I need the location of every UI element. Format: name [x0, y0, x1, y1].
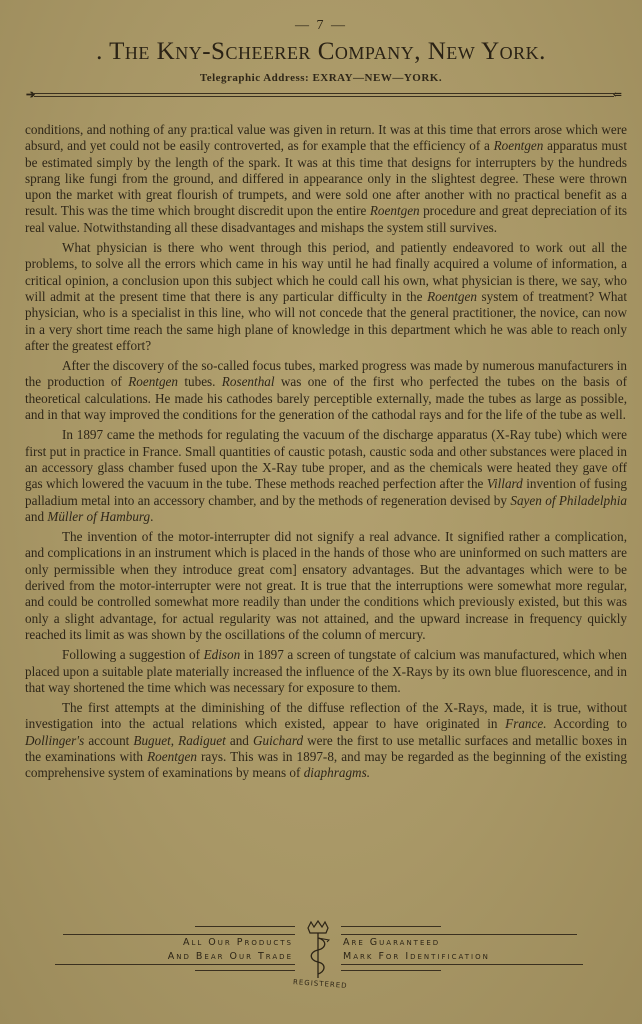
- footer-right-line2: Mark For Identification: [343, 951, 490, 962]
- text-run: account: [84, 733, 133, 748]
- page-number: — 7 —: [0, 18, 642, 34]
- text-run: and: [226, 733, 253, 748]
- paragraph: What physician is there who went through…: [25, 240, 627, 354]
- italic-name: Dollinger's: [25, 733, 84, 748]
- telegraphic-address: Telegraphic Address: EXRAY—NEW—YORK.: [0, 72, 642, 84]
- rule-line-bottom: [34, 96, 614, 97]
- italic-name: Villard: [487, 476, 523, 491]
- italic-name: diaphragms.: [304, 765, 370, 780]
- footer-rule: [341, 926, 441, 927]
- italic-name: Roentgen: [370, 203, 420, 218]
- footer-trademark-banner: All Our Products And Bear Our Trade Are …: [55, 922, 585, 1002]
- footer-rule: [341, 964, 583, 965]
- paragraph: In 1897 came the methods for regulating …: [25, 427, 627, 525]
- rule-end-right-icon: ⇐: [613, 88, 622, 101]
- paragraph: Following a suggestion of Edison in 1897…: [25, 647, 627, 696]
- paragraph: After the discovery of the so-called foc…: [25, 358, 627, 423]
- text-run: Following a suggestion of: [62, 647, 204, 662]
- footer-rule: [341, 970, 441, 971]
- italic-name: Müller of Hamburg: [47, 509, 150, 524]
- paragraph: conditions, and nothing of any pra:tical…: [25, 122, 627, 236]
- registered-mark: REGISTERED: [293, 978, 348, 990]
- italic-name: Roentgen: [128, 374, 178, 389]
- text-run: According to: [547, 716, 627, 731]
- rule-line-top: [34, 93, 614, 94]
- footer-rule: [63, 934, 295, 935]
- crown-serpent-trademark-icon: [303, 920, 333, 982]
- footer-rule: [195, 970, 295, 971]
- italic-name: Sayen of Philadelphia: [510, 493, 627, 508]
- text-run: .: [150, 509, 153, 524]
- footer-left-line1: All Our Products: [183, 937, 293, 948]
- footer-rule: [55, 964, 295, 965]
- italic-name: Roentgen: [147, 749, 197, 764]
- text-run: The invention of the motor-interrupter d…: [25, 529, 627, 642]
- text-run: tubes.: [178, 374, 222, 389]
- italic-name: France.: [505, 716, 546, 731]
- italic-name: Rosenthal: [222, 374, 275, 389]
- paragraph: The first attempts at the diminishing of…: [25, 700, 627, 781]
- italic-name: Edison: [204, 647, 241, 662]
- text-run: and: [25, 509, 47, 524]
- italic-name: Radiguet: [178, 733, 226, 748]
- body-text: conditions, and nothing of any pra:tical…: [25, 122, 627, 782]
- footer-left-line2: And Bear Our Trade: [168, 951, 293, 962]
- masthead-title: . The Kny-Scheerer Company, New York.: [0, 38, 642, 66]
- paragraph: The invention of the motor-interrupter d…: [25, 529, 627, 643]
- footer-right-line1: Are Guaranteed: [343, 937, 440, 948]
- footer-rule: [195, 926, 295, 927]
- header-rule: ➔ ⇐: [26, 92, 622, 98]
- italic-name: Buguet: [133, 733, 170, 748]
- italic-name: Guichard: [253, 733, 303, 748]
- italic-name: Roentgen: [494, 138, 544, 153]
- footer-rule: [341, 934, 577, 935]
- rule-end-left-icon: ➔: [26, 88, 35, 101]
- italic-name: Roentgen: [427, 289, 477, 304]
